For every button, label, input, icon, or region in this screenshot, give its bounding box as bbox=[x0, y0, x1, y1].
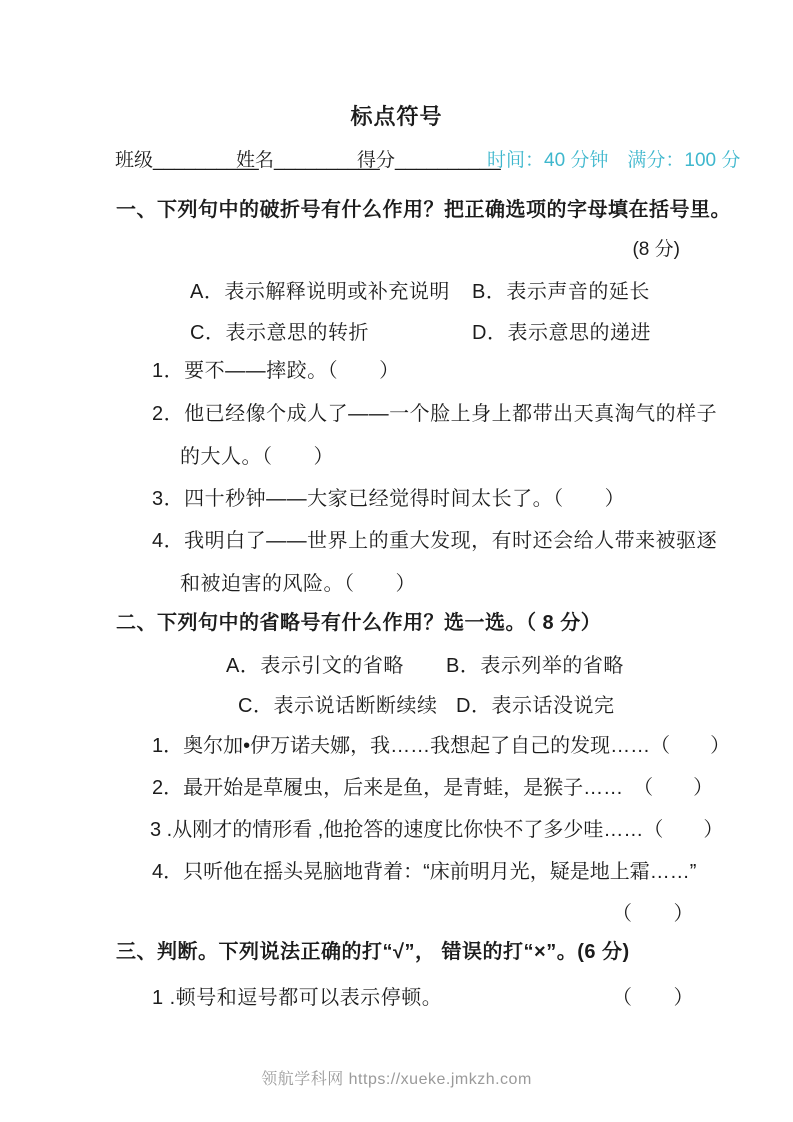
section3-heading: 三、判断。下列说法正确的打“√”， 错误的打“×”。(6 分) bbox=[116, 935, 630, 964]
section1-option-a: A．表示解释说明或补充说明 bbox=[190, 275, 450, 304]
section2-item-4-answer-bracket: （ ） bbox=[612, 897, 694, 926]
section3-item-1: 1 .顿号和逗号都可以表示停顿。 bbox=[152, 981, 442, 1010]
section1-item-1: 1．要不——摔跤。（ ） bbox=[152, 354, 400, 383]
section2-option-a: A．表示引文的省略 bbox=[226, 649, 404, 678]
section1-points: (8 分) bbox=[0, 234, 680, 261]
section2-item-2: 2．最开始是草履虫，后来是鱼，是青蛙，是猴子…… （ ） bbox=[152, 771, 713, 800]
section1-option-d: D．表示意思的递进 bbox=[472, 316, 651, 345]
worksheet-page: 标点符号 班级__________ 姓名__________ 得分_______… bbox=[0, 0, 793, 1122]
score-field: 得分__________ bbox=[357, 145, 501, 172]
section1-option-b: B．表示声音的延长 bbox=[472, 275, 650, 304]
section1-item-4-line1: 4．我明白了——世界上的重大发现，有时还会给人带来被驱逐 bbox=[152, 524, 717, 553]
section2-heading: 二、下列句中的省略号有什么作用？选一选。（ 8 分） bbox=[116, 606, 601, 635]
section2-item-1: 1．奥尔加•伊万诺夫娜，我……我想起了自己的发现……（ ） bbox=[152, 729, 730, 758]
section2-option-b: B．表示列举的省略 bbox=[446, 649, 624, 678]
site-watermark: 领航学科网 https://xueke.jmkzh.com bbox=[0, 1066, 793, 1089]
section2-item-4-line1: 4．只听他在摇头晃脑地背着：“床前明月光，疑是地上霜……” bbox=[152, 855, 696, 884]
section1-item-4-line2: 和被迫害的风险。（ ） bbox=[180, 567, 416, 596]
section2-option-c: C．表示说话断断续续 bbox=[238, 689, 437, 718]
section2-option-d: D．表示话没说完 bbox=[456, 689, 614, 718]
page-title: 标点符号 bbox=[0, 100, 793, 131]
section2-item-3: 3 .从刚才的情形看 ,他抢答的速度比你快不了多少哇……（ ） bbox=[150, 813, 723, 842]
section1-option-c: C．表示意思的转折 bbox=[190, 316, 369, 345]
time-score-meta: 时间：40 分钟 满分：100 分 bbox=[487, 145, 740, 172]
section1-item-2-line2: 的大人。（ ） bbox=[180, 440, 334, 469]
section1-item-3: 3．四十秒钟——大家已经觉得时间太长了。（ ） bbox=[152, 482, 625, 511]
section3-item-1-answer-bracket: （ ） bbox=[612, 981, 694, 1010]
section1-heading: 一、下列句中的破折号有什么作用？把正确选项的字母填在括号里。 bbox=[116, 193, 731, 222]
section1-item-2-line1: 2．他已经像个成人了——一个脸上身上都带出天真淘气的样子 bbox=[152, 397, 717, 426]
